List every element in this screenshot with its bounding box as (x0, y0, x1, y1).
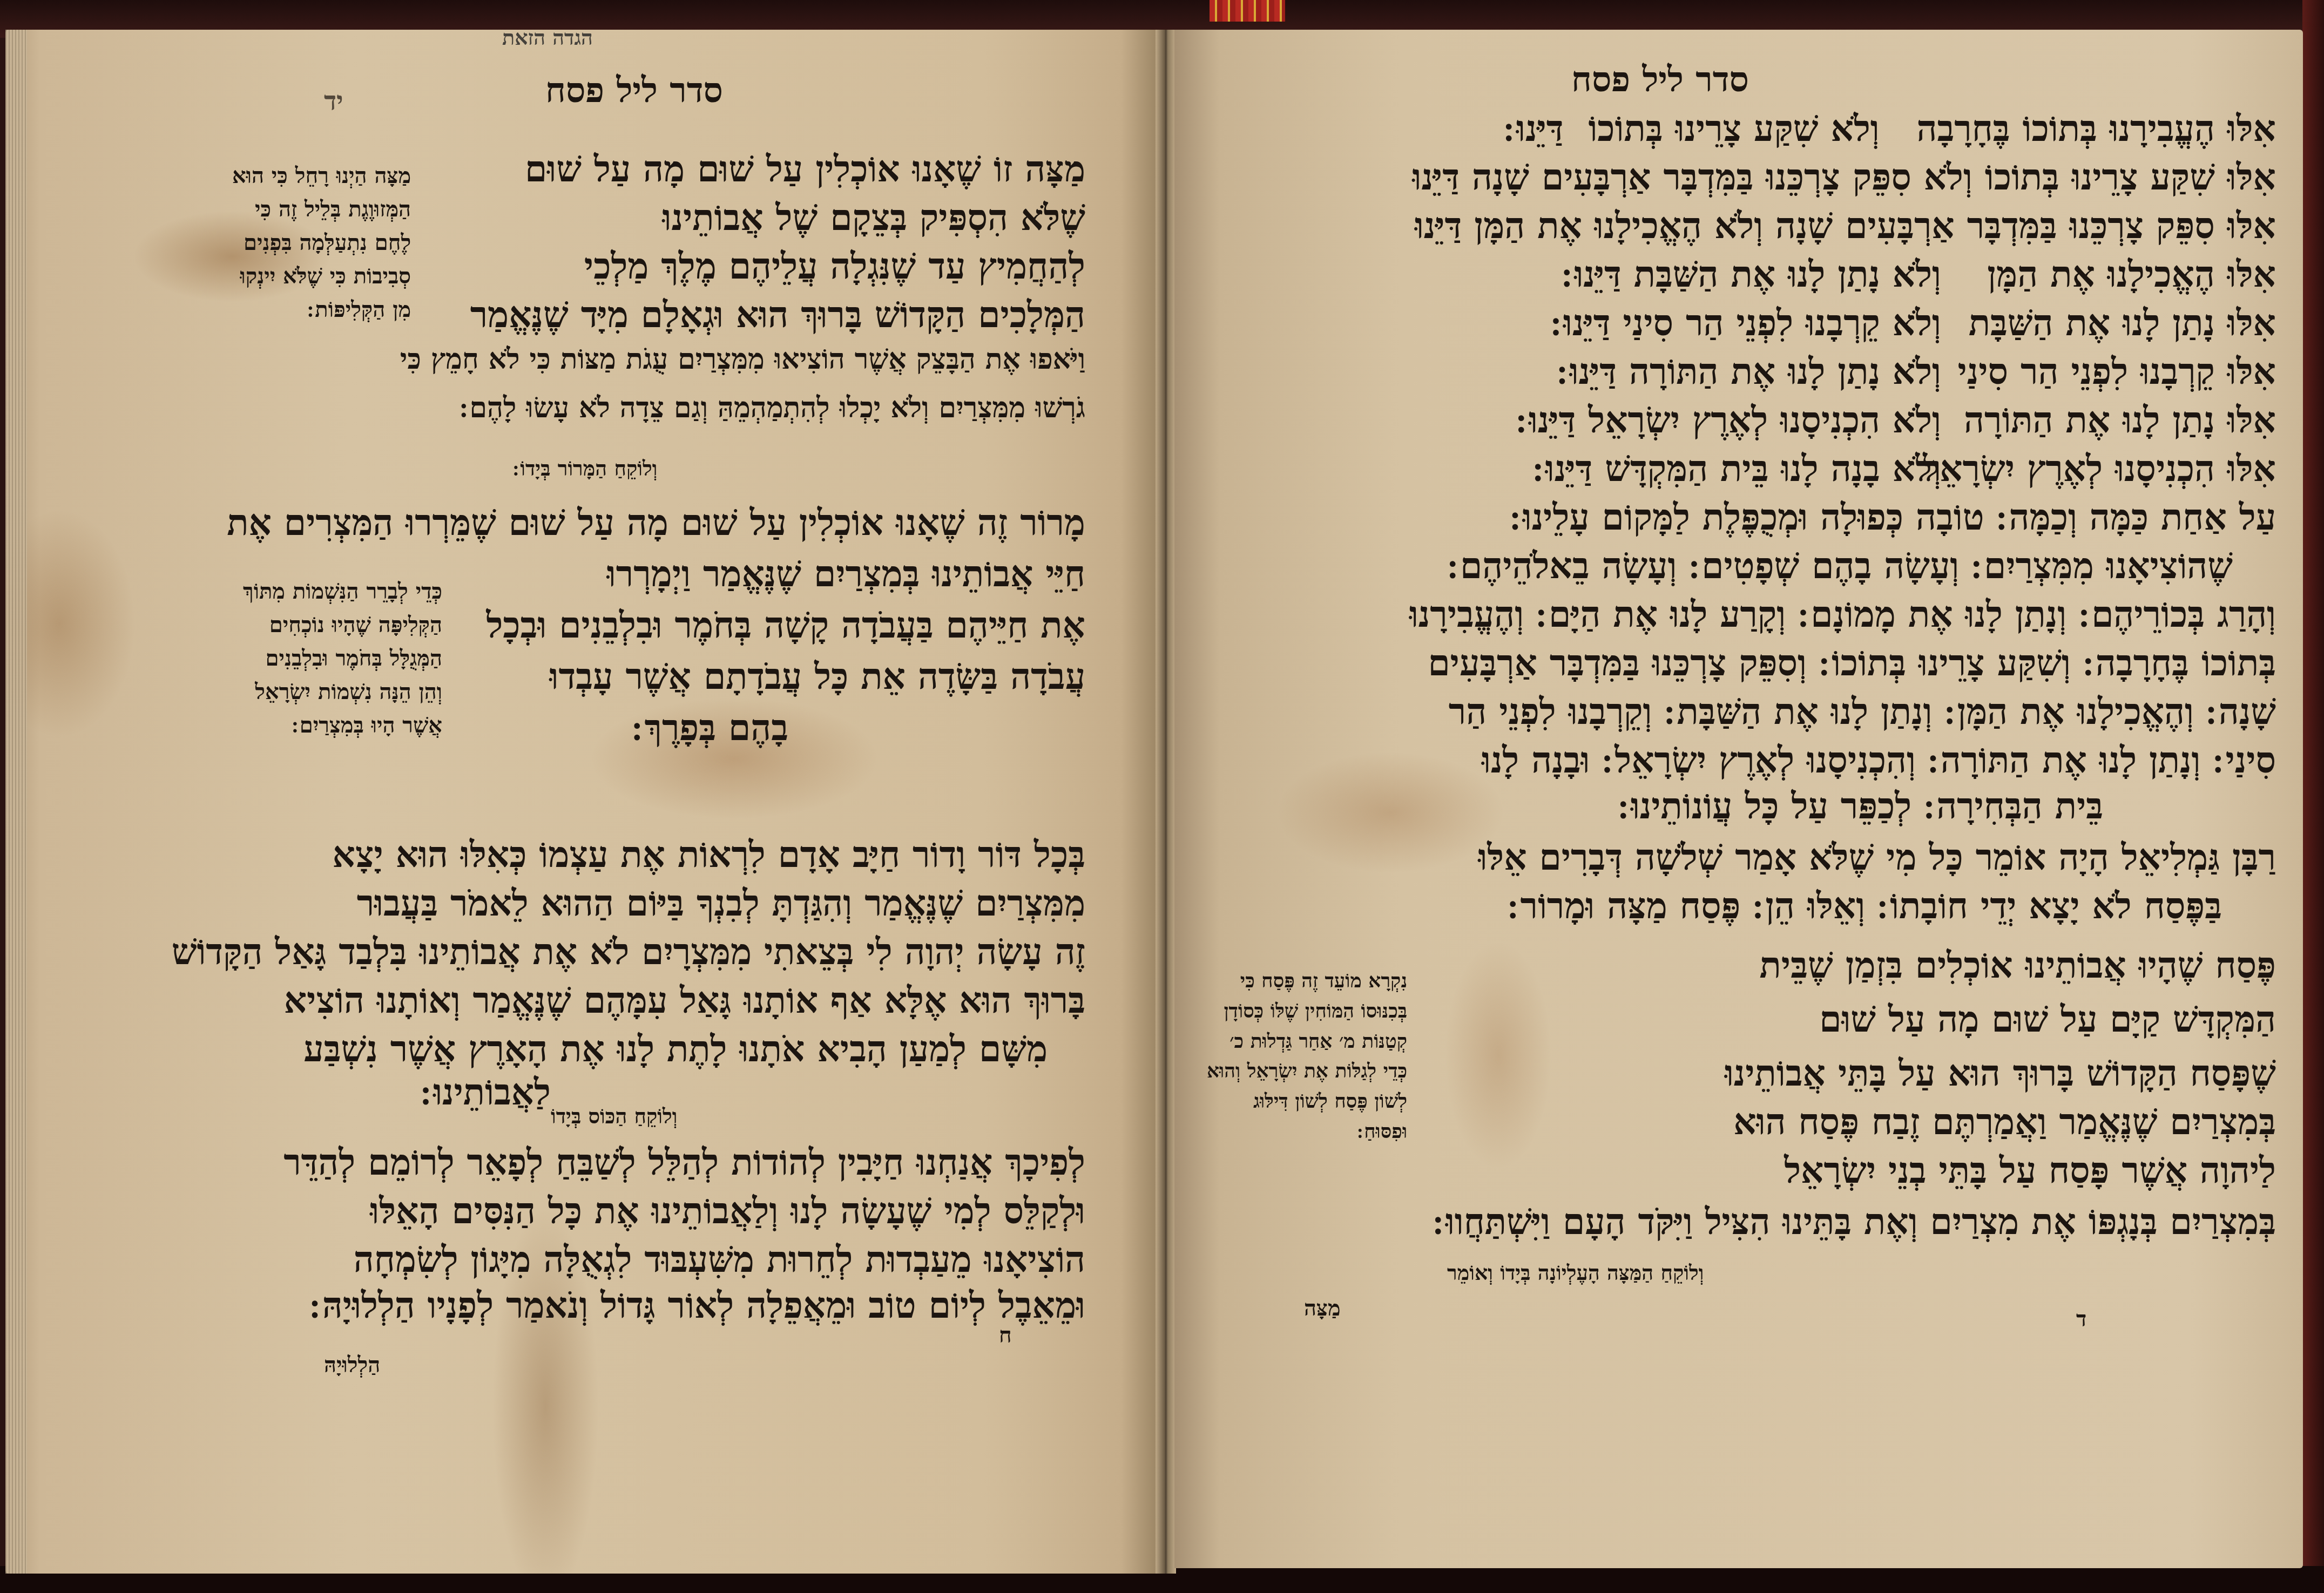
dayenu-refrain: דַּיֵּנוּ ׃ (1557, 350, 1617, 392)
gloss-line: וְהֵן הֵנָּה נִשְׁמוֹת יִשְׂרָאֵל (243, 675, 442, 709)
gloss-line: סְבִיבוֹת כִּי שֶׁלֹּא יִינְקוּ (232, 260, 411, 293)
text-line: אֶת חַיֵּיהֶם בַּעֲבֹדָה קָשָׁה בְּחֹמֶר… (486, 607, 1085, 643)
dayenu-clause-b: וְלֹא הֶאֱכִילָנוּ אֶת הַמָּן (1474, 205, 1763, 247)
dayenu-row: אִלּוּ הֶאֱכִילָנוּ אֶת הַמָּןוְלֹא נָתַ… (1562, 256, 2276, 292)
text-line: רַבָּן גַּמְלִיאֵל הָיָה אוֹמֵר כָּל מִי… (1478, 839, 2276, 875)
text-line: בְּתוֹכוֹ בֶּחָרָבָה ׃ וְשִׁקַּע צָרֵינו… (1428, 645, 2276, 681)
dayenu-clause-b: וְלֹא קֵרְבָנוּ לִפְנֵי הַר סִינַי (1623, 302, 1942, 344)
dayenu-row: אִלּוּ הֶעֱבִירָנוּ בְּתוֹכוֹ בֶּחָרָבָה… (1504, 111, 2276, 146)
text-line: הַמְּלָכִים הַקָּדוֹשׁ בָּרוּךְ הוּא וּג… (470, 297, 1085, 333)
text-line: מִשָּׁם לְמַעַן הָבִיא אֹתָנוּ לָתֶת לָנ… (303, 1031, 1048, 1067)
text-line: בָהֶם בְּפָרֶךְ ׃ (632, 710, 788, 745)
maror-rubric: וְלוֹקֵחַ הַמָּרוֹר בְּיָדוֹ ׃ (513, 456, 657, 481)
text-line: עֲבֹדָה בַּשָּׂדֶה אֵת כָּל עֲבֹדָתָם אֲ… (550, 659, 1085, 694)
dayenu-refrain: דַּיֵּנוּ (1415, 205, 1462, 247)
dayenu-clause-b: וְלֹא נָתַן לָנוּ אֶת הַתּוֹרָה (1629, 350, 1941, 392)
gloss-line: כְּדֵי לְבָרֵר הַנִּשְׁמוֹת מִתּוֹךְ (243, 575, 442, 608)
text-line: הַמִּקְדָּשׁ קַיָּם עַל שׁוּם מָה עַל שׁ… (1819, 1001, 2276, 1037)
gloss-line: הַמְּזוּוֶגֶת בְּלֵיל זֶה כִּי (232, 193, 411, 226)
dayenu-clause-a: אִלּוּ הֶעֱבִירָנוּ בְּתוֹכוֹ בֶּחָרָבָה (1917, 107, 2276, 150)
dayenu-clause-a: אִלּוּ קֵרְבָנוּ לִפְנֵי הַר סִינַי (1941, 354, 2276, 389)
gloss-line: מַצָּה הַיְנוּ רָחֵל כִּי הוּא (232, 159, 411, 193)
dayenu-row: אִלּוּ קֵרְבָנוּ לִפְנֵי הַר סִינַיוְלֹא… (1557, 354, 2276, 389)
dayenu-refrain: דַּיֵּנוּ ׃ (1516, 399, 1576, 441)
gloss-line: הַמְּגֻלָּל בְּחֹמֶר וּבִלְבֵנִים (243, 642, 442, 675)
text-line: לְפִיכָךְ אֲנַחְנוּ חַיָּבִין לְהוֹדוֹת … (283, 1144, 1085, 1180)
text-line: וַיֹּאפוּ אֶת הַבָּצֵק אֲשֶׁר הוֹצִיאוּ … (400, 345, 1085, 374)
dayenu-row: אִלּוּ נָתַן לָנוּ אֶת הַשַּׁבָּתוְלֹא ק… (1551, 305, 2276, 341)
text-line: לַאֲבוֹתֵינוּ ׃ (421, 1074, 551, 1110)
gloss-line: אֲשֶׁר הָיוּ בְּמִצְרַיִם ׃ (243, 709, 442, 742)
running-head: סדר ליל פסח (545, 70, 723, 111)
gloss-line: בְּכִנּוּסוֹ הַמּוֹחִין שֶׁלּוֹ כְּסוֹדָ… (1207, 997, 1407, 1027)
gloss-line: קְטַנּוֹת מ׳ אַחַר גַּדְלוּת כ׳ (1207, 1027, 1407, 1057)
cup-rubric: וְלוֹקֵחַ הַכּוֹס בְּיָדוֹ (551, 1104, 678, 1129)
dayenu-refrain: דַּיֵּנוּ ׃ (1533, 448, 1592, 490)
signature-mark: ד (2076, 1306, 2086, 1332)
text-line: בָּרוּךְ הוּא אֶלָּא אַף אוֹתָנוּ גָּאַל… (284, 982, 1085, 1018)
gloss-line: לֶחֶם נִתְעַלְּמָה בִּפְנִים (232, 226, 411, 260)
catchword: הַלְלוּיָהּ (324, 1352, 380, 1378)
dayenu-clause-a: אִלּוּ נָתַן לָנוּ אֶת הַשַּׁבָּת (1941, 305, 2276, 341)
text-line: בֵּית הַבְּחִירָה ׃ לְכַפֵּר עַל כָּל עֲ… (1618, 788, 2103, 824)
text-line: וּמֵאֵבֶל לְיוֹם טוֹב וּמֵאֲפֵלָה לְאוֹר… (310, 1287, 1085, 1323)
text-line: לַיהוָה אֲשֶׁר פָּסַח עַל בָּתֵּי בְנֵי … (1784, 1153, 2276, 1188)
text-line: מָרוֹר זֶה שֶׁאָנוּ אוֹכְלִין עַל שׁוּם … (227, 505, 1085, 540)
text-line: שָׁנָה ׃ וְהֶאֱכִילָנוּ אֶת הַמָּן ׃ וְנ… (1449, 694, 2276, 729)
dayenu-row: אִלּוּ נָתַן לָנוּ אֶת הַתּוֹרָהוְלֹא הִ… (1516, 402, 2276, 438)
text-line: סִינַי ׃ וְנָתַן לָנוּ אֶת הַתּוֹרָה ׃ ו… (1482, 742, 2276, 778)
dayenu-clause-a: אִלּוּ הֶאֱכִילָנוּ אֶת הַמָּן (1941, 256, 2276, 292)
catchword: מַצָּה (1304, 1296, 1341, 1321)
gloss-line: לְשׁוֹן פֶּסַח לְשׁוֹן דִּילּוּג (1207, 1087, 1407, 1117)
signature-mark: ח (999, 1323, 1012, 1348)
dayenu-refrain: דַּיֵּנוּ ׃ (1504, 107, 1563, 150)
text-line: מִמִּצְרַיִם שֶׁנֶּאֱמַר וְהִגַּדְתָּ לְ… (357, 885, 1085, 921)
text-line: הוֹצִיאָנוּ מֵעַבְדוּת לְחֵרוּת מִשִּׁעְ… (354, 1242, 1085, 1277)
text-line: פֶּסַח שֶׁהָיוּ אֲבוֹתֵינוּ אוֹכְלִים בִ… (1760, 947, 2276, 983)
dayenu-refrain: דַּיֵּנוּ ׃ (1562, 253, 1621, 295)
gloss-line: נִקְרָא מוֹעֵד זֶה פֶּסַח כִּי (1207, 966, 1407, 997)
dayenu-clause-b: וְלֹא שִׁקַּע צָרֵינוּ בְּתוֹכוֹ (1588, 107, 1879, 150)
text-line: וּלְקַלֵּס לְמִי שֶׁעָשָׂה לָנוּ וְלַאֲב… (370, 1193, 1085, 1229)
dayenu-clause-a: אִלּוּ הִכְנִיסָנוּ לְאֶרֶץ יִשְׂרָאֵל (1941, 451, 2276, 486)
book-cover-edge (2302, 0, 2324, 1593)
right-page: סדר ליל פסח אִלּוּ הֶעֱבִירָנוּ בְּתוֹכו… (1174, 30, 2303, 1568)
left-page: הגדה הזאת סדר ליל פסח יד מַצָּה זוֹ שֶׁא… (5, 30, 1156, 1574)
text-line: בְּמִצְרַיִם שֶׁנֶּאֱמַר וַאֲמַרְתֶּם זֶ… (1733, 1104, 2276, 1140)
text-line: בְּמִצְרַיִם בְּנָגְפּוֹ אֶת מִצְרַיִם ו… (1433, 1204, 2276, 1239)
gloss-line: הַקְּלִיפָּה שֶׁהָיוּ נוֹכְחִים (243, 608, 442, 642)
text-line: בַּפֶּסַח לֹא יָצָא יְדֵי חוֹבָתוֹ ׃ וְא… (1508, 888, 2222, 924)
folio-number: יד (324, 86, 343, 117)
dayenu-clause-a: אִלּוּ שִׁקַּע צָרֵינוּ בְּתוֹכוֹ (1985, 156, 2276, 198)
dayenu-clause-b: וְלֹא הִכְנִיסָנוּ לְאֶרֶץ יִשְׂרָאֵל (1588, 399, 1941, 441)
text-line: בְּכָל דּוֹר וָדוֹר חַיָּב אָדָם לִרְאוֹ… (333, 837, 1085, 872)
margin-gloss: מַצָּה הַיְנוּ רָחֵל כִּי הוּא הַמְּזוּו… (232, 159, 411, 327)
text-line: זֶה עָשָׂה יְהוָה לִי בְּצֵאתִי מִמִּצְר… (172, 934, 1085, 970)
gloss-line: וּפִסּוּחַ ׃ (1207, 1117, 1407, 1147)
matzah-rubric: וְלוֹקֵחַ הַמַּצָּה הָעֶלְיוֹנָה בְּיָדו… (1447, 1260, 1704, 1285)
dayenu-refrain: דַּיֵּנוּ (1413, 156, 1460, 198)
dayenu-row: אִלּוּ שִׁקַּע צָרֵינוּ בְּתוֹכוֹ וְלֹא … (1413, 159, 2276, 195)
text-line: גֹרְשׁוּ מִמִּצְרַיִם וְלֹא יָכְלוּ לְהִ… (460, 394, 1085, 422)
margin-gloss: כְּדֵי לְבָרֵר הַנִּשְׁמוֹת מִתּוֹךְ הַק… (243, 575, 442, 742)
dayenu-refrain: דַּיֵּנוּ ׃ (1551, 302, 1610, 344)
dayenu-clause-b: וְלֹא בָנָה לָנוּ בֵּית הַמִּקְדָּשׁ (1605, 448, 1941, 490)
gloss-line: מִן הַקְּלִיפּוֹת ׃ (232, 293, 411, 327)
text-line: שֶׁפָּסַח הַקָּדוֹשׁ בָּרוּךְ הוּא עַל ב… (1725, 1055, 2276, 1091)
text-line: חַיֵּי אֲבוֹתֵינוּ בְּמִצְרַיִם שֶׁנֶּאֱ… (607, 556, 1085, 592)
gloss-line: כְּדֵי לְגַלּוֹת אֶת יִשְׂרָאֵל וְהוּא (1207, 1056, 1407, 1087)
book-gutter (1156, 30, 1176, 1574)
text-line: וְהָרַג בְּכוֹרֵיהֶם ׃ וְנָתַן לָנוּ אֶת… (1409, 596, 2276, 632)
text-line: שֶׁהוֹצִיאָנוּ מִמִּצְרַיִם ׃ וְעָשָׂה ב… (1448, 548, 2233, 584)
dayenu-clause-b: וְלֹא נָתַן לָנוּ אֶת הַשַּׁבָּת (1634, 253, 1941, 295)
text-line: שֶׁלֹּא הִסְפִּיק בְּצֵקָם שֶׁל אֲבוֹתֵי… (663, 200, 1085, 235)
top-strip-text: הגדה הזאת (502, 25, 593, 50)
text-line: מַצָּה זוֹ שֶׁאָנוּ אוֹכְלִין עַל שׁוּם … (525, 151, 1085, 187)
text-line: עַל אַחַת כַּמָּה וְכַמָּה ׃ טוֹבָה כְּפ… (1510, 499, 2276, 535)
dayenu-clause-a: אִלּוּ נָתַן לָנוּ אֶת הַתּוֹרָה (1941, 402, 2276, 438)
dayenu-row: אִלּוּ הִכְנִיסָנוּ לְאֶרֶץ יִשְׂרָאֵלוְ… (1533, 451, 2276, 486)
cover-ribbon (1210, 0, 1285, 22)
text-line: לְהַחֲמִיץ עַד שֶׁנִּגְלָה עֲלֵיהֶם מֶלֶ… (584, 248, 1085, 284)
margin-gloss: נִקְרָא מוֹעֵד זֶה פֶּסַח כִּי בְּכִנּוּ… (1207, 966, 1407, 1147)
dayenu-row: אִלּוּ סִפֵּק צָרְכֵּנוּ בַּמִּדְבָּר אַ… (1415, 208, 2276, 243)
dayenu-clause-a: אִלּוּ סִפֵּק צָרְכֵּנוּ בַּמִּדְבָּר אַ… (1775, 205, 2276, 247)
running-head: סדר ליל פסח (1571, 59, 1749, 100)
dayenu-clause-b: וְלֹא סִפֵּק צָרְכֵּנוּ בַּמִּדְבָּר אַר… (1472, 156, 1972, 198)
